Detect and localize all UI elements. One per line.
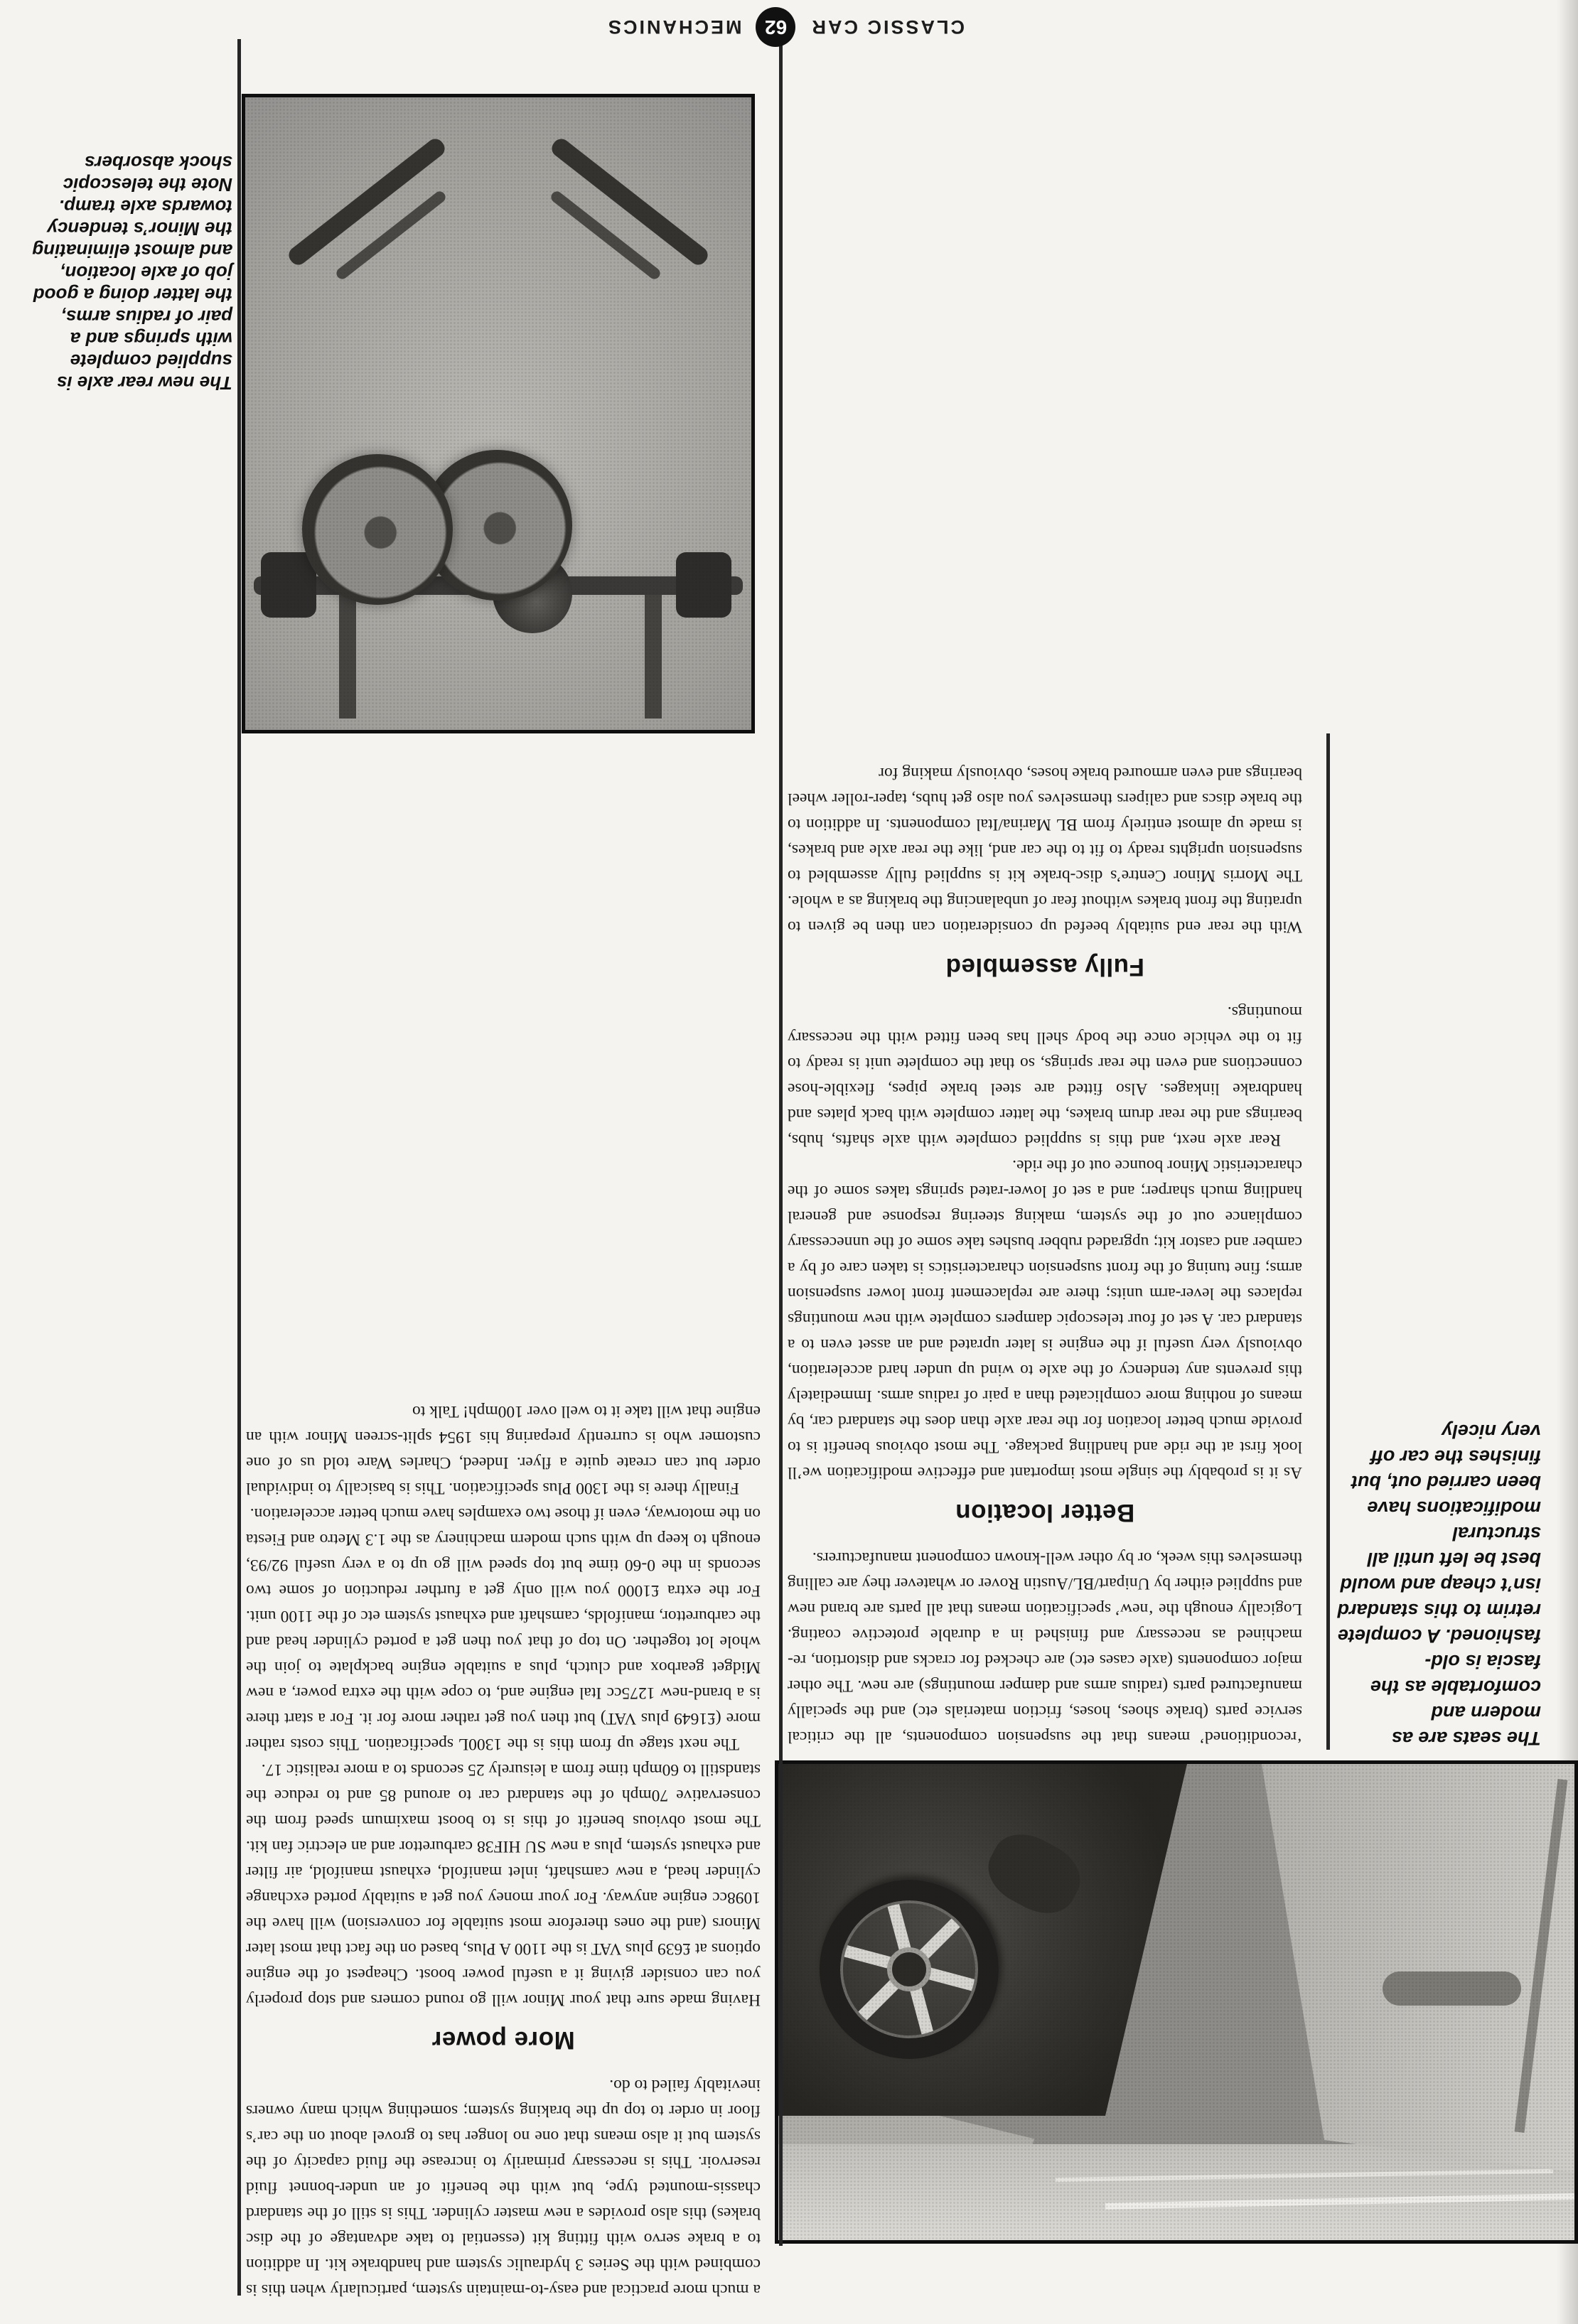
halftone-overlay [245,97,751,730]
page-number-badge: 62 [756,7,796,47]
column-left: ‘reconditioned’ means that the suspensio… [788,760,1302,1750]
photo-interior [775,1760,1578,2244]
steering-wheel-hub [887,1947,931,1991]
magazine-title-right: MECHANICS [606,16,742,38]
heading-fully-assembled: Fully assembled [788,954,1302,979]
hub-flange [676,552,731,618]
center-column-rule [779,43,783,2246]
footer: CLASSIC CAR 62 MECHANICS [594,6,977,48]
magazine-page: The seats are as modern and comfortable … [0,0,1578,2324]
dash-top-panel [778,2144,1574,2240]
right-margin-rule [237,39,241,2296]
heading-more-power: More power [246,2027,761,2053]
photo-rear-axle [242,94,755,733]
magazine-title-left: CLASSIC CAR [810,16,965,38]
radius-arm [645,591,662,719]
body-paragraph: a much more practical and easy-to-mainta… [246,2072,761,2303]
body-paragraph: As it is probably the single most import… [788,1153,1302,1485]
radius-arm [339,591,356,719]
caption-rear-axle: The new rear axle is supplied complete w… [32,151,232,394]
body-paragraph: With the rear end suitably beefed up con… [788,760,1302,940]
left-margin-rule [1326,733,1330,1750]
door-armrest [1383,1971,1521,2006]
caption-seats: The seats are as modern and comfortable … [1335,1419,1541,1751]
body-paragraph: Finally there is the 1300 Plus specifica… [246,1399,761,1501]
brake-drum-right [302,454,453,605]
body-paragraph: Having made sure that your Minor will go… [246,1757,761,2013]
heading-better-location: Better location [788,1500,1302,1525]
body-paragraph: Rear axle next, and this is supplied com… [788,999,1302,1153]
body-paragraph: The next stage up from this is the 1300L… [246,1501,761,1757]
column-right: a much more practical and easy-to-mainta… [246,1399,761,2303]
hub-flange [261,552,316,618]
door-panel [1262,1764,1574,2173]
body-paragraph: ‘reconditioned’ means that the suspensio… [788,1545,1302,1750]
